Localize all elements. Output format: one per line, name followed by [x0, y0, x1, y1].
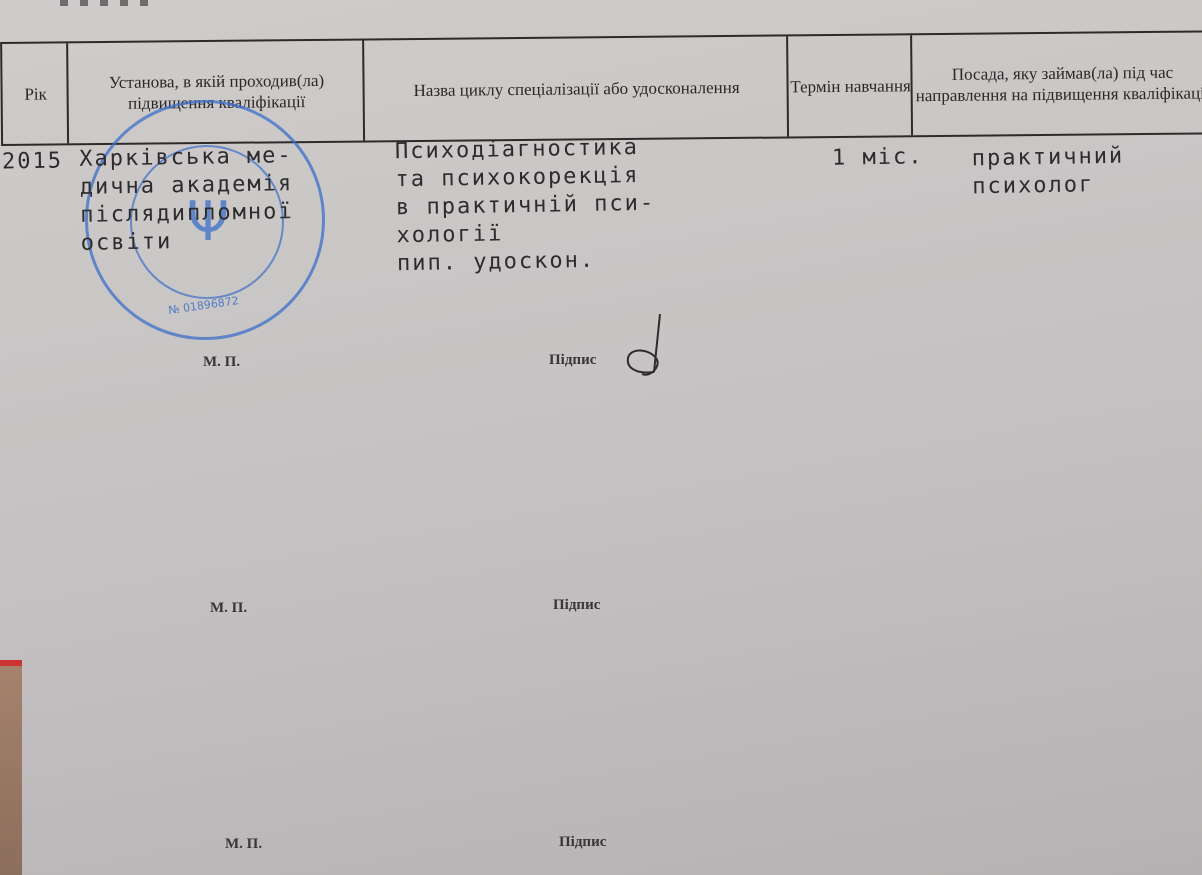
header-duration: Термін навчання	[786, 35, 913, 136]
row-duration: 1 міс.	[832, 143, 924, 173]
row-year: 2015	[2, 147, 63, 176]
signature-label: Підпис	[549, 352, 596, 369]
top-edge-marks	[60, 0, 148, 6]
signature-label: Підпис	[553, 597, 600, 614]
seal-label: М. П.	[203, 354, 240, 371]
signature-label: Підпис	[559, 834, 606, 851]
header-position: Посада, яку займав(ла) під час направлен…	[910, 32, 1202, 135]
seal-label: М. П.	[210, 600, 247, 617]
header-course: Назва циклу спеціалізації або удосконале…	[362, 36, 789, 140]
row-institution: Харківська ме- дична академія післядипло…	[79, 142, 294, 258]
row-course: Психодіагностика та психокорекція в прак…	[395, 134, 657, 279]
header-year: Рік	[0, 43, 69, 144]
seal-label: М. П.	[225, 836, 262, 853]
background-object	[0, 660, 22, 875]
document-page: Рік Установа, в якій проходив(ла) підвищ…	[0, 0, 1202, 875]
handwritten-signature-icon	[620, 312, 670, 382]
row-position: практичний психолог	[972, 143, 1125, 202]
